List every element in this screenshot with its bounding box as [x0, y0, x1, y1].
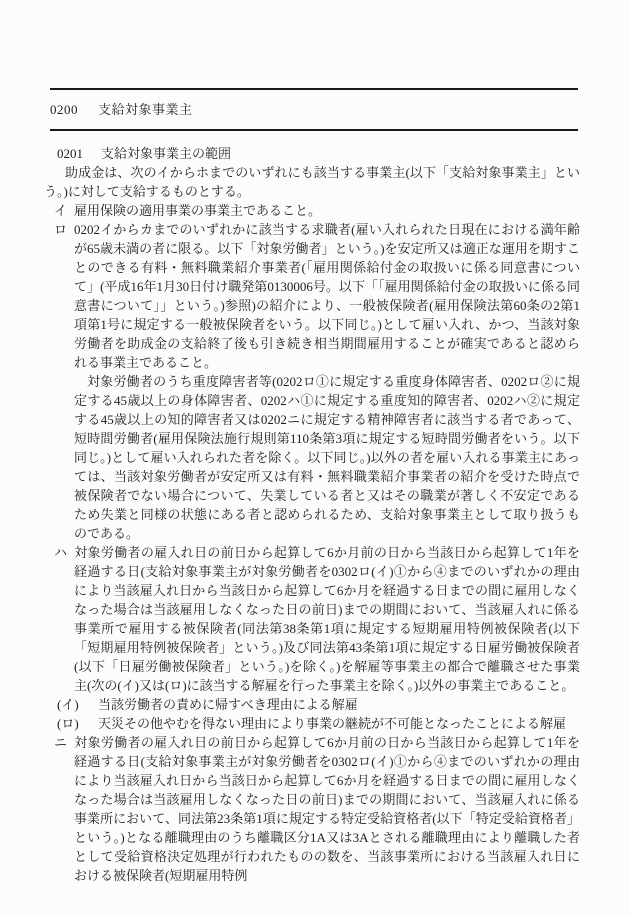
item-marker-ni: ニ: [54, 733, 74, 752]
list-item-ro: ロ0202イからカまでのいずれかに該当する求職者(雇い入れられた日現在における満…: [44, 220, 580, 372]
item-text-ni: 対象労働者の雇入れ日の前日から起算して6か月前の日から当該日から起算して1年を経…: [74, 735, 580, 883]
section-body: 助成金は、次のイからホまでのいずれにも該当する事業主(以下「支給対象事業主」とい…: [44, 163, 580, 885]
list-item-ni: ニ対象労働者の雇入れ日の前日から起算して6か月前の日から当該日から起算して1年を…: [44, 733, 580, 885]
sub-item-b: (ロ)天災その他やむを得ない理由により事業の継続が不可能となったことによる解雇: [44, 714, 580, 733]
list-item-ha: ハ対象労働者の雇入れ日の前日から起算して6か月前の日から当該日から起算して1年を…: [44, 543, 580, 695]
sub-item-a: (イ)当該労働者の責めに帰すべき理由による解雇: [44, 695, 580, 714]
sub-item-a-text: 当該労働者の責めに帰すべき理由による解雇: [98, 697, 358, 712]
document-title: 支給対象事業主: [98, 102, 193, 117]
item-text-ro: 0202イからカまでのいずれかに該当する求職者(雇い入れられた日現在における満年…: [74, 222, 580, 370]
section-heading: 0201支給対象事業主の範囲: [44, 144, 580, 163]
sub-item-b-text: 天災その他やむを得ない理由により事業の継続が不可能となったことによる解雇: [98, 716, 566, 731]
list-item-i: イ雇用保険の適用事業の事業主であること。: [44, 201, 580, 220]
sub-item-b-marker: (ロ): [57, 714, 98, 733]
section-number: 0201: [57, 146, 83, 161]
header-bottom-rule: [50, 129, 578, 131]
item-marker-ha: ハ: [54, 543, 74, 562]
sub-item-a-marker: (イ): [57, 695, 98, 714]
document-header: 0200支給対象事業主: [44, 90, 580, 129]
item-text-ha: 対象労働者の雇入れ日の前日から起算して6か月前の日から当該日から起算して1年を経…: [74, 545, 580, 693]
document-number: 0200: [50, 102, 78, 117]
item-marker-ro: ロ: [54, 220, 74, 239]
document-page: 0200支給対象事業主 0201支給対象事業主の範囲 助成金は、次のイからホまで…: [0, 0, 630, 916]
intro-paragraph: 助成金は、次のイからホまでのいずれにも該当する事業主(以下「支給対象事業主」とい…: [44, 163, 580, 201]
item-marker-i: イ: [54, 201, 74, 220]
section-title: 支給対象事業主の範囲: [101, 146, 231, 161]
item-text-i: 雇用保険の適用事業の事業主であること。: [74, 203, 321, 218]
item-ro-supplementary-note: 対象労働者のうち重度障害者等(0202ロ①に規定する重度身体障害者、0202ロ②…: [44, 372, 580, 543]
